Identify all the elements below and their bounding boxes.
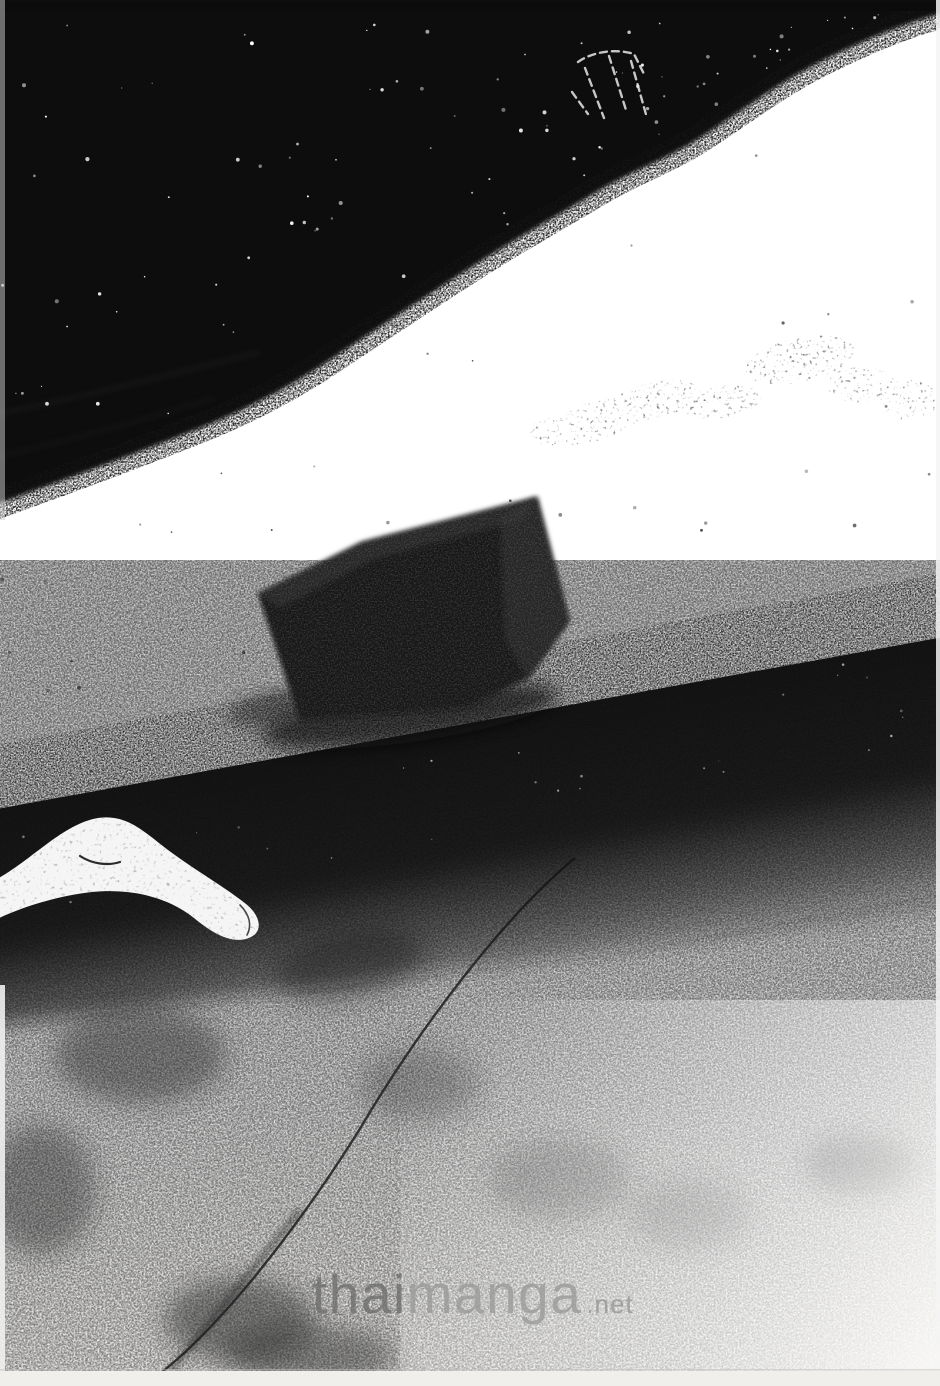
star-dot: [296, 143, 299, 146]
dust-dot: [755, 154, 758, 157]
dust-dot: [885, 405, 888, 408]
star-dot: [622, 72, 623, 73]
shadow-speck-dot: [902, 717, 903, 718]
star-dot: [396, 80, 399, 83]
watermark-brand-first: thai: [312, 1263, 407, 1325]
star-dot: [96, 402, 100, 406]
dust-dot: [181, 629, 183, 631]
manga-page-panel: thaimanga.net: [0, 0, 940, 1386]
star-dot: [66, 326, 68, 328]
star-dot: [766, 67, 767, 68]
dust-dot: [426, 353, 428, 355]
shadow-speck-dot: [69, 901, 71, 903]
star-dot: [873, 16, 876, 19]
star-dot: [471, 192, 473, 194]
star-dot: [366, 30, 367, 31]
shadow-speck-dot: [866, 677, 868, 679]
shadow-speck-dot: [782, 694, 784, 696]
page-margin-left-bottom: [0, 985, 5, 1386]
star-dot: [116, 311, 118, 313]
star-dot: [627, 31, 631, 35]
star-dot: [233, 331, 235, 333]
star-dot: [223, 324, 225, 326]
star-dot: [753, 55, 756, 58]
dust-dot: [171, 531, 173, 533]
dust-dot: [0, 578, 4, 582]
page-margin-left-top: [0, 0, 5, 520]
star-dot: [369, 89, 370, 90]
manga-panel-artwork: thaimanga.net: [0, 0, 940, 1386]
star-dot: [303, 221, 306, 224]
star-dot: [524, 54, 526, 56]
star-dot: [501, 108, 505, 112]
star-dot: [545, 129, 548, 132]
star-dot: [402, 274, 406, 278]
shadow-speck-dot: [890, 735, 892, 737]
shadow-speck-dot: [837, 675, 838, 676]
dust-dot: [271, 529, 273, 531]
dust-dot: [77, 686, 81, 690]
shadow-speck-dot: [703, 767, 705, 769]
star-dot: [581, 42, 583, 44]
star-dot: [307, 195, 309, 197]
shadow-speck-dot: [403, 767, 404, 768]
star-dot: [852, 28, 854, 30]
star-dot: [503, 212, 505, 214]
star-dot: [583, 174, 585, 176]
star-dot: [663, 95, 665, 97]
star-dot: [259, 165, 262, 168]
star-dot: [45, 116, 47, 118]
page-margin-right: [936, 0, 940, 1386]
star-dot: [506, 223, 508, 225]
star-dot: [215, 284, 217, 286]
dust-dot: [242, 651, 245, 654]
dust-dot: [70, 660, 72, 662]
star-dot: [791, 27, 792, 28]
shadow-speck-dot: [22, 836, 25, 839]
star-dot: [121, 87, 122, 88]
star-dot: [717, 73, 719, 75]
star-dot: [289, 157, 291, 159]
star-dot: [703, 83, 706, 86]
star-dot: [314, 230, 315, 231]
star-dot: [697, 85, 699, 87]
star-dot: [21, 392, 24, 395]
star-dot: [546, 125, 548, 127]
dust-dot: [8, 651, 11, 654]
star-dot: [572, 157, 575, 160]
page-margin-bottom: [0, 1371, 940, 1386]
star-dot: [168, 196, 170, 198]
shadow-speck-dot: [868, 749, 870, 751]
star-dot: [247, 256, 250, 259]
floor-light-fade: [400, 1000, 940, 1386]
star-dot: [15, 393, 17, 395]
shadow-speck-dot: [579, 788, 581, 790]
star-dot: [488, 178, 490, 180]
star-dot: [497, 78, 499, 80]
shadow-speck-dot: [723, 771, 725, 773]
star-dot: [878, 14, 879, 15]
star-dot: [601, 147, 603, 149]
dust-dot: [782, 321, 785, 324]
star-dot: [454, 115, 456, 117]
star-dot: [380, 88, 383, 91]
star-dot: [144, 276, 145, 277]
shadow-speck-dot: [518, 752, 520, 754]
star-dot: [22, 83, 26, 87]
shadow-speck-dot: [331, 857, 333, 859]
watermark-domain-suffix: .net: [586, 1289, 633, 1319]
star-dot: [714, 102, 718, 106]
star-dot: [244, 34, 246, 36]
dust-dot: [472, 360, 474, 362]
shadow-speck-dot: [580, 775, 583, 778]
star-dot: [706, 55, 710, 59]
star-dot: [655, 120, 659, 124]
dust-dot: [704, 521, 707, 524]
dust-dot: [489, 575, 491, 577]
dust-dot: [509, 499, 512, 502]
dust-dot: [310, 646, 313, 649]
shadow-speck-dot: [238, 826, 240, 828]
dust-dot: [221, 473, 223, 475]
star-dot: [98, 292, 101, 295]
star-dot: [430, 147, 432, 149]
star-dot: [45, 402, 49, 406]
dust-dot: [700, 529, 703, 532]
dust-dot: [313, 465, 315, 467]
star-dot: [658, 134, 659, 135]
star-dot: [236, 158, 240, 162]
page-border-top: [4, 2, 936, 11]
star-dot: [543, 110, 547, 114]
star-dot: [373, 24, 376, 27]
dust-dot: [910, 300, 914, 304]
star-dot: [598, 146, 601, 149]
shadow-speck-dot: [266, 848, 268, 850]
dust-dot: [558, 513, 562, 517]
star-dot: [41, 386, 42, 387]
star-dot: [66, 25, 68, 27]
shadow-speck-dot: [196, 832, 197, 833]
dust-dot: [853, 524, 857, 528]
star-dot: [780, 34, 784, 38]
watermark-brand-second: manga: [407, 1263, 583, 1325]
dust-dot: [827, 313, 829, 315]
dust-dot: [139, 524, 141, 526]
star-dot: [331, 217, 333, 219]
star-dot: [844, 17, 846, 19]
star-dot: [55, 299, 59, 303]
star-dot: [33, 175, 36, 178]
shadow-speck-dot: [842, 663, 845, 666]
star-dot: [519, 129, 523, 133]
page-bottom-edge-line: [0, 1369, 940, 1371]
star-dot: [788, 48, 790, 50]
shadow-speck-dot: [718, 760, 719, 761]
dust-dot: [633, 506, 636, 509]
dust-dot: [46, 689, 49, 692]
star-dot: [85, 157, 89, 161]
shadow-speck-dot: [557, 790, 559, 792]
star-dot: [167, 413, 169, 415]
dust-dot: [630, 244, 632, 246]
dust-dot: [44, 580, 46, 582]
star-dot: [659, 23, 661, 25]
star-dot: [152, 83, 153, 84]
star-dot: [770, 49, 772, 51]
dust-dot: [386, 521, 389, 524]
star-dot: [250, 41, 254, 45]
shadow-speck-dot: [430, 760, 432, 762]
star-dot: [316, 228, 319, 231]
star-dot: [646, 107, 649, 110]
star-dot: [425, 30, 429, 34]
star-dot: [616, 71, 618, 73]
dust-dot: [928, 473, 931, 476]
shadow-speck-dot: [900, 710, 903, 713]
star-dot: [827, 20, 828, 21]
star-dot: [290, 221, 294, 225]
shadow-speck-dot: [534, 781, 536, 783]
star-dot: [661, 76, 662, 77]
dust-dot: [805, 469, 809, 473]
star-dot: [339, 201, 343, 205]
star-dot: [776, 50, 779, 53]
star-dot: [420, 87, 424, 91]
shadow-speck-dot: [431, 839, 432, 840]
star-dot: [780, 59, 781, 60]
star-dot: [335, 159, 337, 161]
